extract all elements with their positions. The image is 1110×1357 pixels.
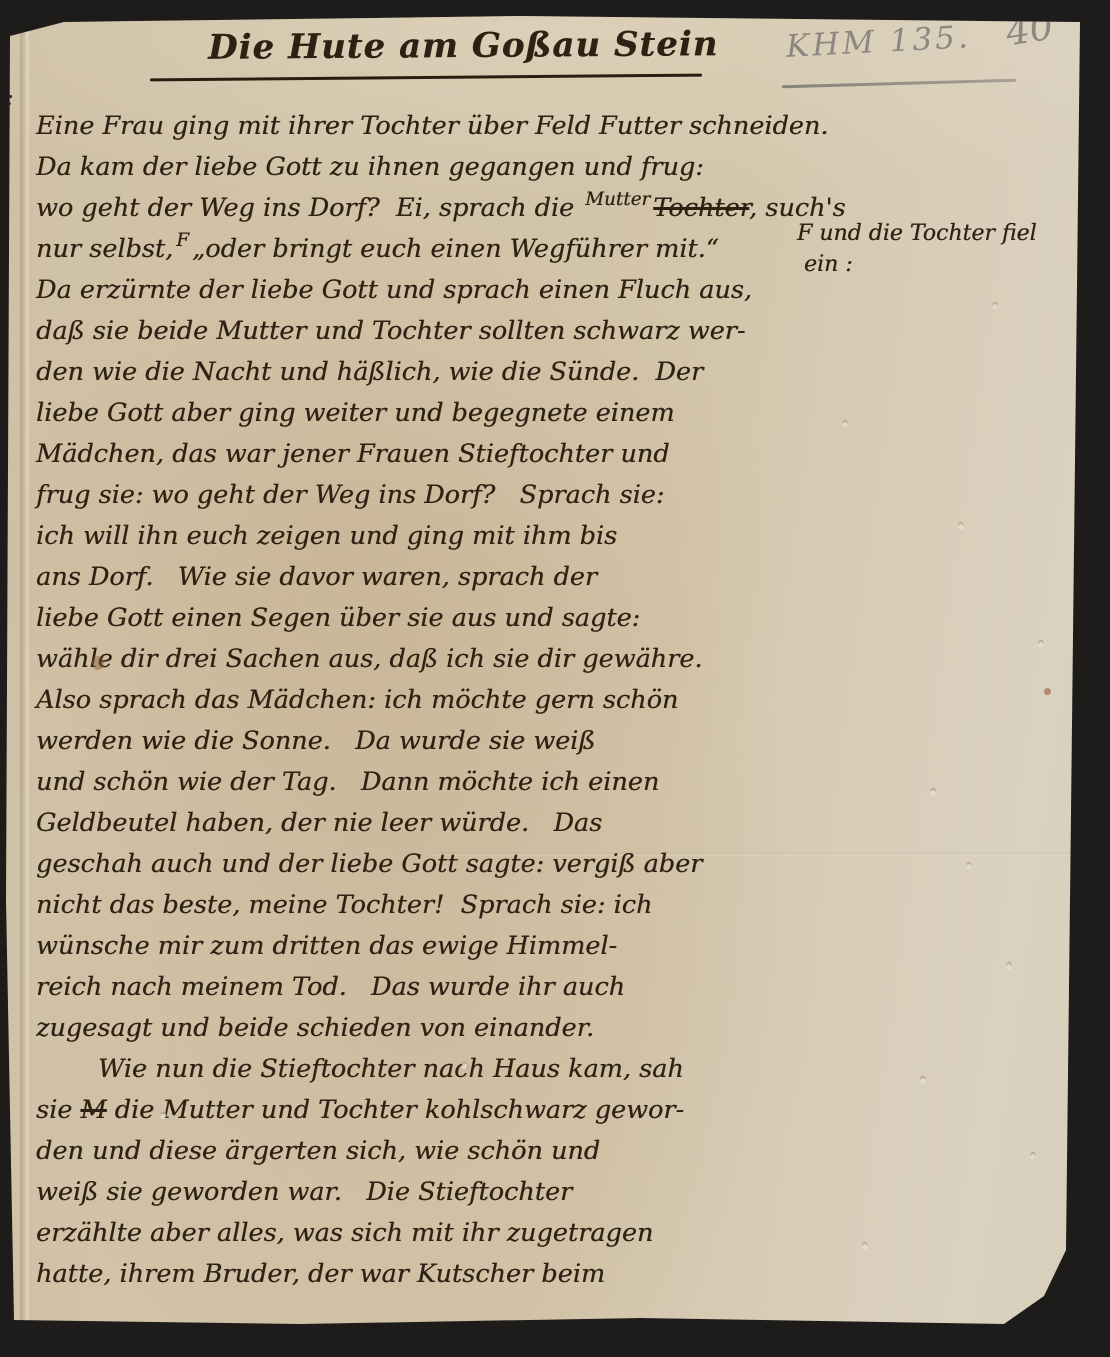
manuscript-line: zugesagt und beide schieden von einander… [36, 1008, 836, 1049]
paper-speck [966, 862, 972, 868]
pencil-underline [782, 79, 1016, 89]
manuscript-line: den wie die Nacht und häßlich, wie die S… [36, 352, 836, 393]
pencil-khm-number: KHM 135. [785, 19, 971, 65]
margin-note-line2: ein : [797, 252, 853, 277]
paper-speck [160, 1112, 166, 1118]
manuscript-line: reich nach meinem Tod. Das wurde ihr auc… [36, 967, 836, 1008]
page-title: Die Hute am Goßau Stein [208, 24, 719, 68]
manuscript-line: liebe Gott einen Segen über sie aus und … [36, 598, 836, 639]
manuscript-line: Da kam der liebe Gott zu ihnen gegangen … [36, 147, 836, 188]
manuscript-line: frug sie: wo geht der Weg ins Dorf? Spra… [36, 475, 836, 516]
paper-speck [1030, 1152, 1036, 1158]
manuscript-line: liebe Gott aber ging weiter und begegnet… [36, 393, 836, 434]
paper-speck [1038, 640, 1044, 646]
manuscript-line: nur selbst,F„oder bringt euch einen Wegf… [36, 229, 836, 270]
paper-speck [958, 522, 964, 528]
manuscript-line: daß sie beide Mutter und Tochter sollten… [36, 311, 836, 352]
manuscript-line: hatte, ihrem Bruder, der war Kutscher be… [36, 1254, 836, 1295]
manuscript-line: wähle dir drei Sachen aus, daß ich sie d… [36, 639, 836, 680]
manuscript-line: Wie nun die Stieftochter nach Haus kam, … [36, 1049, 836, 1090]
margin-insertion-note: F und die Tochter fiel ein : [797, 218, 1087, 280]
title-underline [150, 74, 702, 82]
margin-note-line1: F und die Tochter fiel [797, 221, 1037, 246]
paper-speck [920, 1076, 926, 1082]
paper-speck [462, 1062, 468, 1068]
manuscript-line: den und diese ärgerten sich, wie schön u… [36, 1131, 836, 1172]
pencil-page-number: 40 [1003, 5, 1056, 55]
binding-crease [20, 0, 30, 1357]
manuscript-line: wo geht der Weg ins Dorf? Ei, sprach die… [36, 188, 836, 229]
manuscript-line: ich will ihn euch zeigen und ging mit ih… [36, 516, 836, 557]
manuscript-text: Eine Frau ging mit ihrer Tochter über Fe… [36, 106, 836, 1295]
manuscript-line: werden wie die Sonne. Da wurde sie weiß [36, 721, 836, 762]
manuscript-line: Eine Frau ging mit ihrer Tochter über Fe… [36, 106, 836, 147]
paper-speck [842, 420, 848, 426]
manuscript-line: sie M die Mutter und Tochter kohlschwarz… [36, 1090, 836, 1131]
left-margin-mark: 1: [0, 86, 13, 111]
manuscript-line: erzählte aber alles, was sich mit ihr zu… [36, 1213, 836, 1254]
photo-background: Die Hute am Goßau Stein KHM 135. 40 Eine… [0, 0, 1110, 1357]
paper-stain [1044, 688, 1051, 695]
paper-speck [992, 302, 998, 308]
manuscript-line: wünsche mir zum dritten das ewige Himmel… [36, 926, 836, 967]
manuscript-page: Die Hute am Goßau Stein KHM 135. 40 Eine… [0, 0, 1110, 1357]
manuscript-line: und schön wie der Tag. Dann möchte ich e… [36, 762, 836, 803]
paper-speck [930, 788, 936, 794]
manuscript-line: geschah auch und der liebe Gott sagte: v… [36, 844, 836, 885]
manuscript-line: ans Dorf. Wie sie davor waren, sprach de… [36, 557, 836, 598]
paper-speck [862, 1242, 868, 1248]
manuscript-line: Geldbeutel haben, der nie leer würde. Da… [36, 803, 836, 844]
manuscript-line: Mädchen, das war jener Frauen Stieftocht… [36, 434, 836, 475]
manuscript-line: nicht das beste, meine Tochter! Sprach s… [36, 885, 836, 926]
left-margin-mark: 3 [0, 640, 4, 665]
paper-stain [92, 656, 104, 670]
manuscript-line: Da erzürnte der liebe Gott und sprach ei… [36, 270, 836, 311]
manuscript-line: Also sprach das Mädchen: ich möchte gern… [36, 680, 836, 721]
paper-speck [1006, 962, 1012, 968]
manuscript-line: weiß sie geworden war. Die Stieftochter [36, 1172, 836, 1213]
